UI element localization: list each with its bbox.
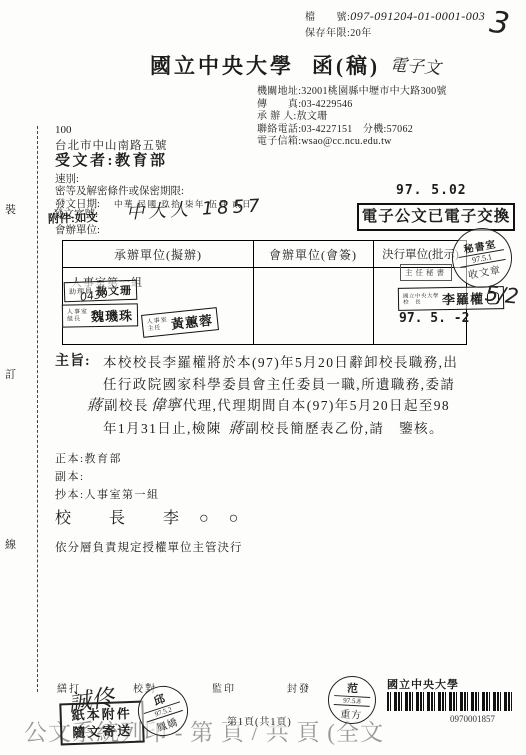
round-stamp-top: 范 — [347, 679, 359, 696]
handwritten-given-name: 偉寧 — [151, 396, 181, 414]
agency-fax: 傳 真:03-4229546 — [257, 99, 447, 112]
stamp-name: 黃蕙蓉 — [170, 310, 214, 333]
file-number-label: 檔 號: — [305, 12, 350, 23]
electronic-exchange-stamp: 電子公文已電子交換 — [357, 203, 515, 231]
president-signature-line: 校 長 李 ○ ○ — [55, 505, 240, 528]
subject-text: 副校長簡歷表乙份,請 鑒核。 — [245, 421, 443, 436]
agency-phone: 聯絡電話:03-4227151 分機:57062 — [257, 124, 447, 137]
scanned-official-document: 檔 號:097-091204-01-0001-003 保存年限:20年 3 國立… — [0, 0, 526, 755]
stamp-title-line: 組長 — [67, 316, 88, 323]
barcode — [387, 692, 512, 711]
doc-type: 函(稿) — [312, 54, 380, 78]
stamp-title: 人事室 主任 — [147, 317, 169, 332]
subject-text: 代理,代理期間自本(97)年5月20日起至98 — [183, 398, 450, 413]
handwritten-date: 5/2 — [484, 281, 520, 308]
transcript-copy-field: 抄本:人事室第一組 — [55, 486, 160, 502]
retention-period: 保存年限:20年 — [305, 24, 372, 39]
original-copy-field: 正本:教育部 — [55, 450, 122, 466]
round-stamp-bottom: 重方 — [340, 705, 363, 721]
stamp-title: 國立中央大學 校 長 — [403, 293, 439, 306]
authorization-note: 依分層負責規定授權單位主管決行 — [55, 539, 243, 555]
file-number-line: 檔 號:097-091204-01-0001-003 — [305, 8, 485, 24]
binding-char-ding: 訂 — [5, 366, 16, 382]
handwritten-numeral: 3 — [487, 5, 511, 43]
handwritten-title-note: 電子文 — [389, 50, 442, 78]
subject-text: 副校長 — [104, 398, 149, 413]
received-date-stamp: 97. 5.02 — [396, 183, 467, 198]
footer-org-name: 國立中央大學 — [387, 676, 459, 692]
binding-char-xian: 線 — [5, 536, 16, 552]
stamp-title-line: 主任 — [147, 324, 169, 333]
barcode-number: 0970001857 — [450, 714, 495, 724]
subject-line-1: 本校校長李羅權將於本(97)年5月20日辭卸校長職務,出 — [103, 351, 458, 371]
subject-line-2: 任行政院國家科學委員會主任委員一職,所遺職務,委請 — [103, 373, 455, 393]
stamp-name: 李羅權 — [442, 288, 484, 308]
duplicate-copy-field: 副本: — [55, 468, 85, 484]
subject-text: 年1月31日止,檢陳 — [103, 421, 226, 436]
footer-label-dispatch: 封發 — [287, 680, 311, 695]
decision-date-stamp: 97. 5. -2 — [399, 311, 469, 326]
stamp-name: 魏璣珠 — [91, 305, 133, 325]
subject-line-3: 蔣副校長偉寧代理,代理期間自本(97)年5月20日起至98 — [85, 394, 450, 415]
chief-secretary-stamp: 主任秘書 — [400, 264, 452, 281]
recipient-name: 受文者:教育部 — [55, 149, 168, 170]
section-chief-stamp: 人事室 組長 魏璣珠 — [62, 303, 138, 327]
paper-stamp-line: 隨文寄送 — [62, 722, 143, 742]
org-name: 國立中央大學 — [150, 54, 294, 78]
file-number-value: 097-091204-01-0001-003 — [350, 9, 485, 23]
page-count-info: 第1頁(共1頁) — [227, 713, 292, 728]
paper-attachment-stamp: 紙本附件 隨文寄送 — [59, 701, 144, 746]
handwritten-surname: 蔣 — [228, 419, 243, 437]
col-header-drafting: 承辦單位(擬辦) — [63, 246, 253, 263]
stamp-title-line: 校 長 — [403, 299, 439, 306]
subject-label: 主旨: — [55, 350, 91, 370]
agency-address: 機關地址:32001桃園縣中壢市中大路300號 — [257, 86, 447, 99]
footer-label-seal: 監印 — [212, 680, 236, 695]
document-title: 國立中央大學函(稿) — [150, 50, 380, 80]
binding-dashed-line — [37, 126, 38, 692]
agency-info-block: 機關地址:32001桃園縣中壢市中大路300號 傳 真:03-4229546 承… — [257, 86, 447, 149]
agency-officer: 承 辦 人:敖文珊 — [257, 111, 447, 124]
agency-email: 電子信箱:wsao@cc.ncu.edu.tw — [257, 136, 447, 149]
binding-char-zhuang: 裝 — [5, 201, 16, 217]
col-header-countersign: 會辦單位(會簽) — [253, 246, 373, 263]
co-unit-field: 會辦單位: — [55, 222, 100, 237]
recipient-zip: 100 — [55, 124, 72, 136]
stamp-title: 人事室 組長 — [67, 309, 88, 322]
subject-line-4: 年1月31日止,檢陳 蔣副校長簡歷表乙份,請 鑒核。 — [103, 417, 444, 438]
handwritten-surname: 蔣 — [87, 396, 102, 414]
